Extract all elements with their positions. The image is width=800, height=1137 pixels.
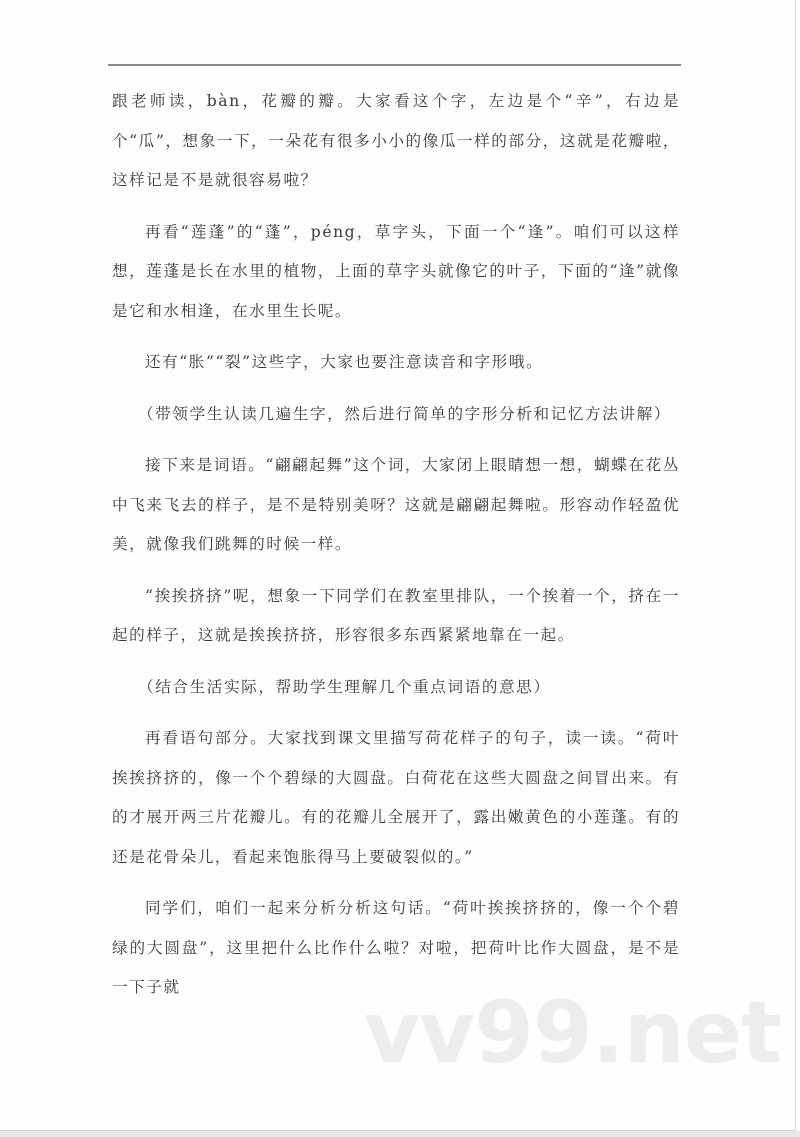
teaching-note: （带领学生认读几遍生字，然后进行简单的字形分析和记忆方法讲解） <box>112 395 680 435</box>
paragraph: 同学们，咱们一起来分析分析这句话。“荷叶挨挨挤挤的，像一个个碧绿的大圆盘”，这里… <box>112 889 680 1008</box>
paragraph-continuation: 跟老师读，bàn，花瓣的瓣。大家看这个字，左边是个“辛”，右边是个“瓜”，想象一… <box>112 82 680 201</box>
paragraph: 接下来是词语。“翩翩起舞”这个词，大家闭上眼睛想一想，蝴蝶在花丛中飞来飞去的样子… <box>112 446 680 565</box>
page-bottom-edge <box>0 1131 800 1137</box>
document-body: 跟老师读，bàn，花瓣的瓣。大家看这个字，左边是个“辛”，右边是个“瓜”，想象一… <box>112 82 680 1020</box>
paragraph: 再看语句部分。大家找到课文里描写荷花样子的句子，读一读。“荷叶挨挨挤挤的，像一个… <box>112 719 680 877</box>
paragraph: 再看“莲蓬”的“蓬”，péng，草字头，下面一个“逢”。咱们可以这样想，莲蓬是长… <box>112 213 680 332</box>
teaching-note: （结合生活实际，帮助学生理解几个重点词语的意思） <box>112 668 680 708</box>
document-page: vv99.net 跟老师读，bàn，花瓣的瓣。大家看这个字，左边是个“辛”，右边… <box>0 0 796 1131</box>
paragraph: “挨挨挤挤”呢，想象一下同学们在教室里排队，一个挨着一个，挤在一起的样子，这就是… <box>112 577 680 656</box>
header-rule <box>108 64 681 66</box>
paragraph: 还有“胀”“裂”这些字，大家也要注意读音和字形哦。 <box>112 343 680 383</box>
